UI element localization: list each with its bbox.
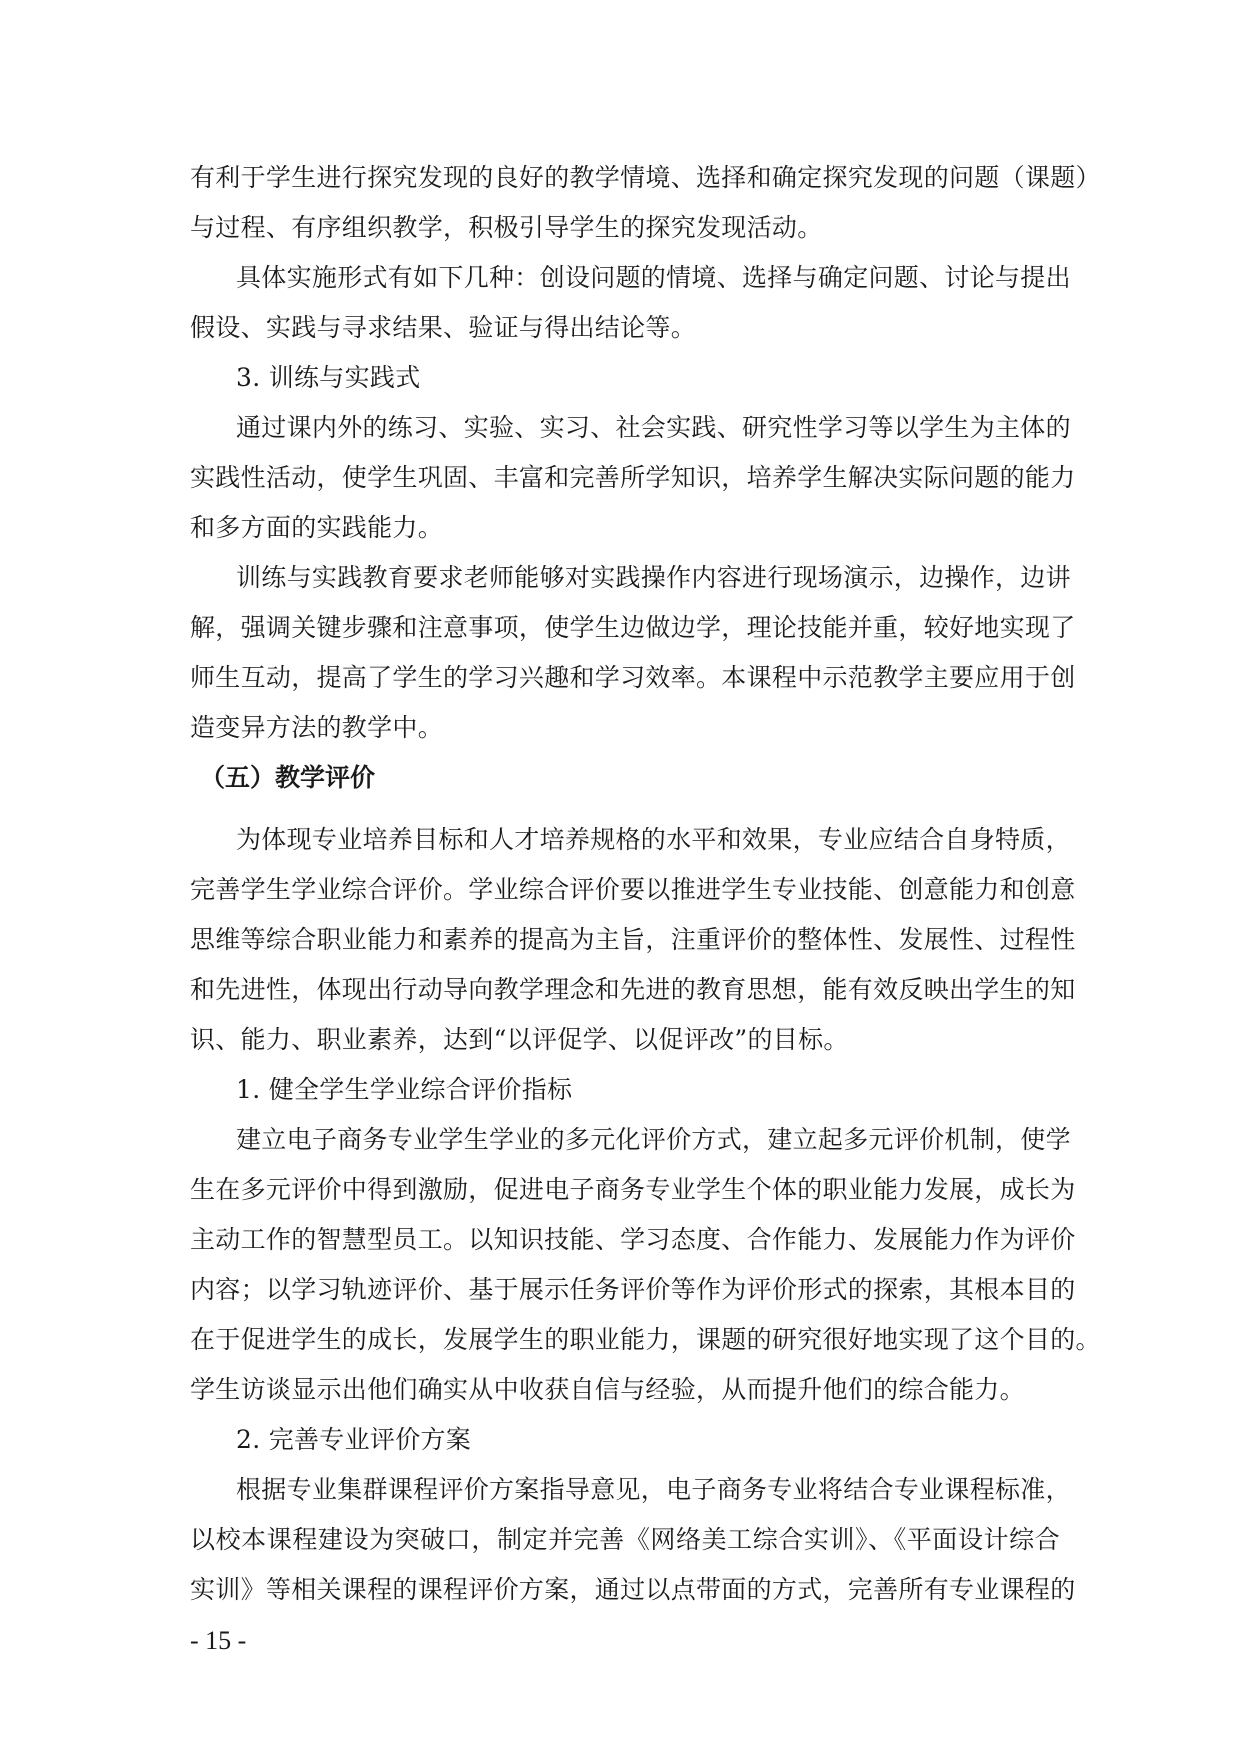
text-line: 为体现专业培养目标和人才培养规格的水平和效果，专业应结合自身特质，: [236, 825, 1060, 855]
text-line: 建立电子商务专业学生学业的多元化评价方式，建立起多元评价机制，使学: [236, 1125, 1060, 1155]
text-line: 实践性活动，使学生巩固、丰富和完善所学知识，培养学生解决实际问题的能力: [190, 463, 1060, 493]
subsection-heading: 3. 训练与实践式: [236, 363, 421, 393]
text-line: 识、能力、职业素养，达到“以评促学、以促评改”的目标。: [190, 1025, 1060, 1055]
text-line: 主动工作的智慧型员工。以知识技能、学习态度、合作能力、发展能力作为评价: [190, 1225, 1060, 1255]
text-line: 有利于学生进行探究发现的良好的教学情境、选择和确定探究发现的问题（课题）: [190, 163, 1060, 193]
text-line: 造变异方法的教学中。: [190, 713, 1060, 743]
text-line: 学生访谈显示出他们确实从中收获自信与经验，从而提升他们的综合能力。: [190, 1375, 1060, 1405]
text-line: 在于促进学生的成长，发展学生的职业能力，课题的研究很好地实现了这个目的。: [190, 1325, 1060, 1355]
text-line: 与过程、有序组织教学，积极引导学生的探究发现活动。: [190, 213, 1060, 243]
section-heading: （五）教学评价: [200, 763, 375, 793]
subsection-heading: 2. 完善专业评价方案: [236, 1425, 471, 1455]
text-line: 通过课内外的练习、实验、实习、社会实践、研究性学习等以学生为主体的: [236, 413, 1060, 443]
text-line: 生在多元评价中得到激励，促进电子商务专业学生个体的职业能力发展，成长为: [190, 1175, 1060, 1205]
text-line: 以校本课程建设为突破口，制定并完善《网络美工综合实训》、《平面设计综合: [190, 1525, 1060, 1555]
text-line: 假设、实践与寻求结果、验证与得出结论等。: [190, 313, 1060, 343]
text-line: 具体实施形式有如下几种：创设问题的情境、选择与确定问题、讨论与提出: [236, 263, 1060, 293]
text-line: 和多方面的实践能力。: [190, 513, 1060, 543]
text-line: 思维等综合职业能力和素养的提高为主旨，注重评价的整体性、发展性、过程性: [190, 925, 1060, 955]
text-line: 内容；以学习轨迹评价、基于展示任务评价等作为评价形式的探索，其根本目的: [190, 1275, 1060, 1305]
text-line: 训练与实践教育要求老师能够对实践操作内容进行现场演示，边操作，边讲: [236, 563, 1060, 593]
text-line: 和先进性，体现出行动导向教学理念和先进的教育思想，能有效反映出学生的知: [190, 975, 1060, 1005]
page-number: - 15 -: [190, 1626, 246, 1656]
text-line: 根据专业集群课程评价方案指导意见，电子商务专业将结合专业课程标准，: [236, 1475, 1060, 1505]
text-line: 完善学生学业综合评价。学业综合评价要以推进学生专业技能、创意能力和创意: [190, 875, 1060, 905]
text-line: 师生互动，提高了学生的学习兴趣和学习效率。本课程中示范教学主要应用于创: [190, 663, 1060, 693]
document-page: 有利于学生进行探究发现的良好的教学情境、选择和确定探究发现的问题（课题）与过程、…: [0, 0, 1241, 1754]
text-line: 解，强调关键步骤和注意事项，使学生边做边学，理论技能并重，较好地实现了: [190, 613, 1060, 643]
text-line: 实训》等相关课程的课程评价方案，通过以点带面的方式，完善所有专业课程的: [190, 1575, 1060, 1605]
subsection-heading: 1. 健全学生学业综合评价指标: [236, 1075, 572, 1105]
